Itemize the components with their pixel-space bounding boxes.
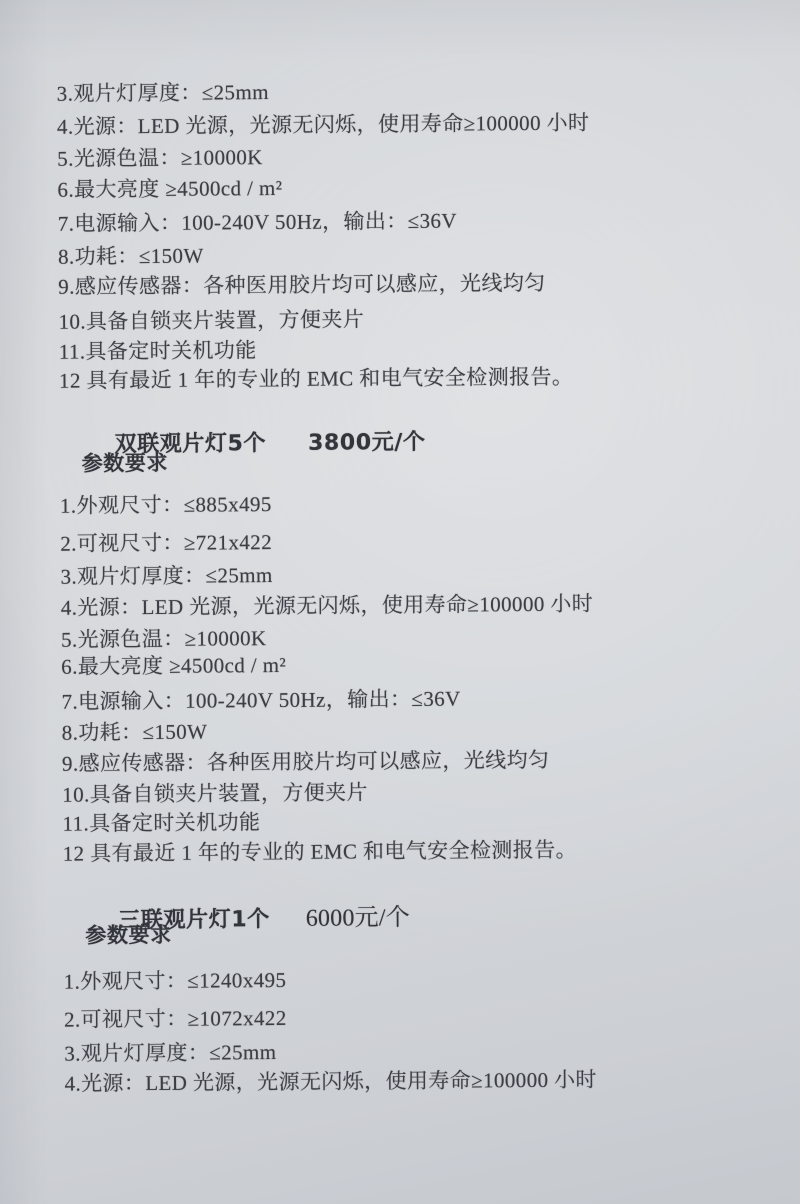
spec-item: 9.感应传感器：各种医用胶片均可以感应，光线均匀 [62, 744, 550, 778]
spec-item: 3.观片灯厚度：≤25mm [64, 1036, 276, 1068]
spec-item: 10.具备自锁夹片装置，方便夹片 [62, 776, 368, 808]
product-price: 3800元/个 [308, 430, 426, 456]
spec-item: 12 具有最近 1 年的专业的 EMC 和电气安全检测报告。 [63, 834, 577, 868]
spec-item: 7.电源输入：100-240V 50Hz，输出：≤36V [61, 683, 460, 716]
spec-item: 6.最大亮度 ≥4500cd / m² [61, 649, 286, 681]
spec-item: 5.光源色温：≥10000K [57, 141, 263, 173]
spec-item: 7.电源输入：100-240V 50Hz，输出：≤36V [58, 205, 457, 238]
spec-item: 8.功耗：≤150W [62, 716, 208, 747]
spec-item: 4.光源：LED 光源，光源无闪烁，使用寿命≥100000 小时 [64, 1064, 597, 1098]
spec-item: 3.观片灯厚度：≤25mm [60, 559, 272, 591]
spec-item: 4.光源：LED 光源，光源无闪烁，使用寿命≥100000 小时 [61, 588, 594, 622]
spec-item: 8.功耗：≤150W [58, 240, 204, 271]
spec-item: 1.外观尺寸：≤1240x495 [64, 964, 287, 996]
spec-item: 9.感应传感器：各种医用胶片均可以感应，光线均匀 [58, 267, 546, 301]
section-subheading: 参数要求 [85, 919, 172, 950]
spec-item: 11.具备定时关机功能 [59, 334, 257, 366]
spec-item: 10.具备自锁夹片装置，方便夹片 [58, 303, 364, 335]
spec-item: 2.可视尺寸：≥1072x422 [64, 1002, 287, 1034]
spec-item: 6.最大亮度 ≥4500cd / m² [57, 172, 282, 204]
spec-item: 11.具备定时关机功能 [62, 806, 260, 838]
product-price: 6000元/个 [306, 905, 410, 932]
spec-item: 3.观片灯厚度：≤25mm [57, 76, 269, 108]
spec-item: 12 具有最近 1 年的专业的 EMC 和电气安全检测报告。 [59, 361, 573, 395]
spec-item: 1.外观尺寸：≤885x495 [60, 488, 272, 520]
spec-item: 4.光源：LED 光源，光源无闪烁，使用寿命≥100000 小时 [57, 107, 590, 141]
section-subheading: 参数要求 [82, 447, 169, 478]
photographed-document-page: 3.观片灯厚度：≤25mm 4.光源：LED 光源，光源无闪烁，使用寿命≥100… [0, 0, 800, 1204]
spec-item: 2.可视尺寸：≥721x422 [60, 526, 272, 558]
